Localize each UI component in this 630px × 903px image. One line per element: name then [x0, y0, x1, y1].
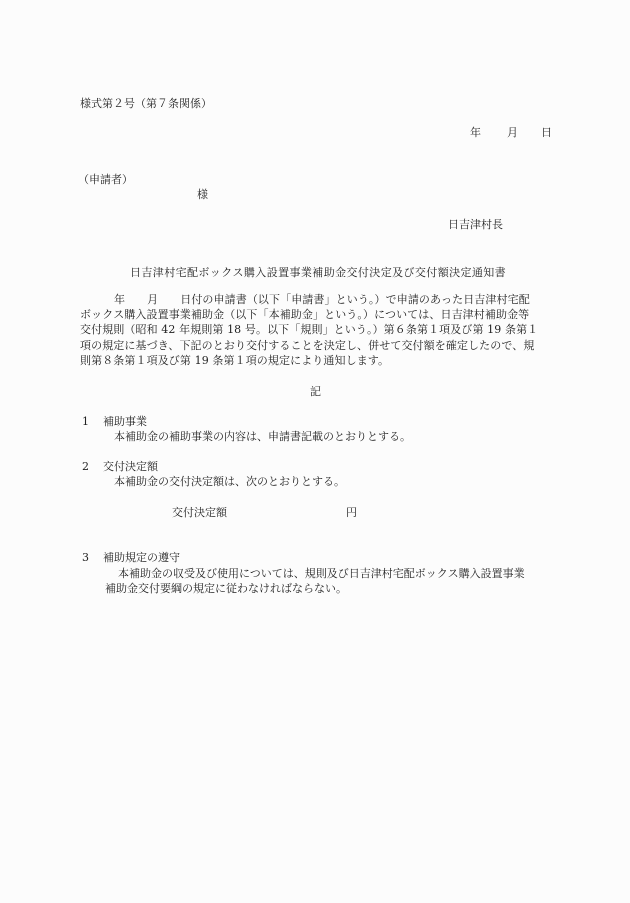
section-2-text: 本補助金の交付決定額は、次のとおりとする。	[114, 474, 345, 489]
section-3-text-line-2: 補助金交付要綱の規定に従わなければならない。	[105, 581, 347, 596]
form-number: 様式第２号（第７条関係）	[80, 96, 212, 111]
body-line-4: 項の規定に基づき、下記のとおり交付することを決定し、併せて交付額を確定したので、…	[80, 338, 550, 353]
section-1-text: 本補助金の補助事業の内容は、申請書記載のとおりとする。	[114, 429, 411, 444]
issuer-name: 日吉津村長	[448, 217, 503, 232]
section-3-text-line-1: 本補助金の収受及び使用については、規則及び日吉津村宅配ボックス購入設置事業	[118, 566, 525, 581]
document-title: 日吉津村宅配ボックス購入設置事業補助金交付決定及び交付額決定通知書	[130, 265, 506, 280]
section-3-heading: 補助規定の遵守	[103, 550, 180, 565]
date-month-label: 月	[507, 125, 518, 140]
document-page: 様式第２号（第７条関係） 年 月 日 （申請者） 様 日吉津村長 日吉津村宅配ボ…	[0, 0, 630, 903]
body-month-label: 月	[147, 293, 158, 306]
body-year-label: 年	[114, 293, 125, 306]
section-1-number: 1	[82, 414, 89, 429]
amount-label: 交付決定額	[172, 505, 227, 520]
applicant-honorific: 様	[197, 187, 208, 202]
body-line-2: ボックス購入設置事業補助金（以下「本補助金」という。）については、日吉津村補助金…	[80, 307, 550, 322]
body-line-5: 則第８条第１項及び第 19 条第１項の規定により通知します。	[80, 353, 550, 368]
section-2-heading: 交付決定額	[103, 459, 158, 474]
body-line-1: 年月日付の申請書（以下「申請書」という。）で申請のあった日吉津村宅配	[80, 292, 550, 307]
body-line-1-text: 日付の申請書（以下「申請書」という。）で申請のあった日吉津村宅配	[180, 293, 530, 306]
amount-unit: 円	[346, 505, 357, 520]
body-line-3: 交付規則（昭和 42 年規則第 18 号。以下「規則」という。）第６条第１項及び…	[80, 322, 550, 337]
date-year-label: 年	[470, 125, 481, 140]
section-1-heading: 補助事業	[103, 414, 147, 429]
applicant-label: （申請者）	[78, 172, 133, 187]
ki-heading: 記	[310, 384, 321, 399]
date-day-label: 日	[541, 125, 552, 140]
section-2-number: 2	[82, 459, 89, 474]
body-paragraph: 年月日付の申請書（以下「申請書」という。）で申請のあった日吉津村宅配 ボックス購…	[80, 292, 550, 368]
section-3-number: 3	[82, 550, 89, 565]
